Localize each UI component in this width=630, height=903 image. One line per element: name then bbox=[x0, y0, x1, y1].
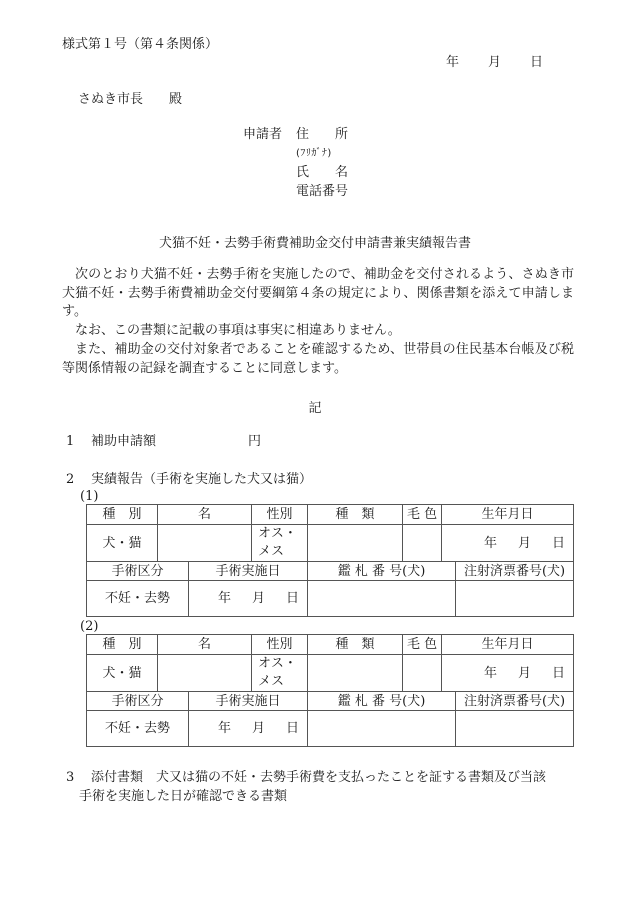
applicant-fields: 住 所 (ﾌﾘｶﾞﾅ) 氏 名 電話番号 bbox=[296, 128, 348, 204]
item-label: 添付書類 bbox=[91, 770, 143, 785]
injection-number-cell[interactable] bbox=[456, 581, 574, 617]
declaration-paragraph: また、補助金の交付対象者であることを確認するため、世帯員の住民基本台帳及び税等関… bbox=[62, 341, 574, 378]
date-month-label: 月 bbox=[488, 56, 530, 69]
applicant-furigana-field[interactable]: (ﾌﾘｶﾞﾅ) bbox=[296, 147, 348, 166]
surgery-year-label: 年 bbox=[218, 592, 252, 605]
animal-1-table: 種 別 名 性別 種 類 毛 色 生年月日 犬・猫 オス・メス 年月日 手術区分… bbox=[86, 504, 574, 617]
surgery-type-cell[interactable]: 不妊・去勢 bbox=[87, 711, 189, 747]
header-name: 名 bbox=[158, 505, 252, 525]
header-injection-number: 注射済票番号(犬) bbox=[456, 562, 574, 581]
item-subsidy-amount: 1補助申請額円 bbox=[66, 435, 261, 448]
date-year-label: 年 bbox=[446, 56, 488, 69]
sex-option-female: メス bbox=[258, 544, 284, 559]
name-label-left: 氏 bbox=[296, 166, 309, 185]
animal-type-cell[interactable]: 犬・猫 bbox=[87, 525, 158, 562]
sex-option-male: オス・ bbox=[258, 656, 297, 671]
animal-name-cell[interactable] bbox=[158, 655, 252, 692]
sex-option-female: メス bbox=[258, 674, 284, 689]
addressee: さぬき市長殿 bbox=[78, 93, 182, 106]
document-title: 犬猫不妊・去勢手術費補助金交付申請書兼実績報告書 bbox=[0, 237, 630, 250]
animal-breed-cell[interactable] bbox=[308, 525, 403, 562]
injection-number-cell[interactable] bbox=[456, 711, 574, 747]
item-number: 1 bbox=[66, 435, 91, 448]
surgery-day-label: 日 bbox=[286, 722, 299, 735]
form-number: 様式第１号（第４条関係） bbox=[62, 38, 218, 51]
item-number: 2 bbox=[66, 473, 91, 486]
addressee-name: さぬき市長 bbox=[78, 92, 143, 107]
license-number-cell[interactable] bbox=[308, 581, 456, 617]
header-injection-number: 注射済票番号(犬) bbox=[456, 692, 574, 711]
attachments-line-1: 3添付書類犬又は猫の不妊・去勢手術費を支払ったことを証する書類及び当該 bbox=[66, 768, 576, 787]
declaration-text: 次のとおり犬猫不妊・去勢手術を実施したので、補助金を交付されるよう、さぬき市犬猫… bbox=[62, 266, 574, 378]
header-surgery-type: 手術区分 bbox=[87, 692, 189, 711]
surgery-type-cell[interactable]: 不妊・去勢 bbox=[87, 581, 189, 617]
surgery-month-label: 月 bbox=[252, 722, 286, 735]
item-number: 3 bbox=[66, 768, 91, 787]
animal-2-label: (2) bbox=[80, 620, 98, 633]
header-type: 種 別 bbox=[87, 635, 158, 655]
animal-breed-cell[interactable] bbox=[308, 655, 403, 692]
attachments-line-2: 手術を実施した日が確認できる書類 bbox=[66, 787, 576, 806]
animal-color-cell[interactable] bbox=[403, 655, 442, 692]
surgery-month-label: 月 bbox=[252, 592, 286, 605]
header-sex: 性別 bbox=[252, 635, 308, 655]
animal-birthdate-cell[interactable]: 年月日 bbox=[442, 525, 574, 562]
item-performance-report: 2実績報告（手術を実施した犬又は猫） bbox=[66, 473, 312, 486]
name-label-right: 名 bbox=[335, 166, 348, 185]
header-name: 名 bbox=[158, 635, 252, 655]
header-license-number: 鑑 札 番 号(犬) bbox=[308, 562, 456, 581]
application-date: 年月日 bbox=[446, 56, 543, 69]
attachments-text: 犬又は猫の不妊・去勢手術費を支払ったことを証する書類及び当該 bbox=[156, 770, 546, 785]
animal-sex-cell[interactable]: オス・メス bbox=[252, 525, 308, 562]
header-breed: 種 類 bbox=[308, 505, 403, 525]
applicant-phone-field[interactable]: 電話番号 bbox=[296, 185, 348, 204]
birth-month-label: 月 bbox=[518, 667, 552, 680]
item-label: 実績報告（手術を実施した犬又は猫） bbox=[91, 472, 312, 487]
surgery-year-label: 年 bbox=[218, 722, 252, 735]
birth-year-label: 年 bbox=[484, 667, 518, 680]
header-surgery-type: 手術区分 bbox=[87, 562, 189, 581]
header-type: 種 別 bbox=[87, 505, 158, 525]
item-attachments: 3添付書類犬又は猫の不妊・去勢手術費を支払ったことを証する書類及び当該 手術を実… bbox=[66, 768, 576, 806]
header-birthdate: 生年月日 bbox=[442, 635, 574, 655]
license-number-cell[interactable] bbox=[308, 711, 456, 747]
animal-name-cell[interactable] bbox=[158, 525, 252, 562]
date-day-label: 日 bbox=[530, 56, 543, 69]
address-label-right: 所 bbox=[335, 128, 348, 147]
ki-heading: 記 bbox=[0, 402, 630, 415]
surgery-date-cell[interactable]: 年月日 bbox=[189, 581, 308, 617]
animal-sex-cell[interactable]: オス・メス bbox=[252, 655, 308, 692]
birth-day-label: 日 bbox=[552, 667, 565, 680]
address-label-left: 住 bbox=[296, 128, 309, 147]
header-birthdate: 生年月日 bbox=[442, 505, 574, 525]
amount-unit: 円 bbox=[248, 434, 261, 449]
birth-year-label: 年 bbox=[484, 537, 518, 550]
header-sex: 性別 bbox=[252, 505, 308, 525]
animal-type-cell[interactable]: 犬・猫 bbox=[87, 655, 158, 692]
animal-2-table: 種 別 名 性別 種 類 毛 色 生年月日 犬・猫 オス・メス 年月日 手術区分… bbox=[86, 634, 574, 747]
applicant-label: 申請者 bbox=[243, 128, 282, 141]
item-label: 補助申請額 bbox=[91, 434, 156, 449]
sex-option-male: オス・ bbox=[258, 526, 297, 541]
birth-day-label: 日 bbox=[552, 537, 565, 550]
applicant-name-field[interactable]: 氏 名 bbox=[296, 166, 348, 185]
header-color: 毛 色 bbox=[403, 635, 442, 655]
header-breed: 種 類 bbox=[308, 635, 403, 655]
applicant-address-field[interactable]: 住 所 bbox=[296, 128, 348, 147]
surgery-day-label: 日 bbox=[286, 592, 299, 605]
header-color: 毛 色 bbox=[403, 505, 442, 525]
declaration-paragraph: なお、この書類に記載の事項は事実に相違ありません。 bbox=[62, 322, 574, 341]
animal-birthdate-cell[interactable]: 年月日 bbox=[442, 655, 574, 692]
animal-1-label: (1) bbox=[80, 490, 98, 503]
addressee-honorific: 殿 bbox=[169, 92, 182, 107]
animal-color-cell[interactable] bbox=[403, 525, 442, 562]
header-surgery-date: 手術実施日 bbox=[189, 562, 308, 581]
declaration-paragraph: 次のとおり犬猫不妊・去勢手術を実施したので、補助金を交付されるよう、さぬき市犬猫… bbox=[62, 266, 574, 322]
surgery-date-cell[interactable]: 年月日 bbox=[189, 711, 308, 747]
birth-month-label: 月 bbox=[518, 537, 552, 550]
header-surgery-date: 手術実施日 bbox=[189, 692, 308, 711]
header-license-number: 鑑 札 番 号(犬) bbox=[308, 692, 456, 711]
